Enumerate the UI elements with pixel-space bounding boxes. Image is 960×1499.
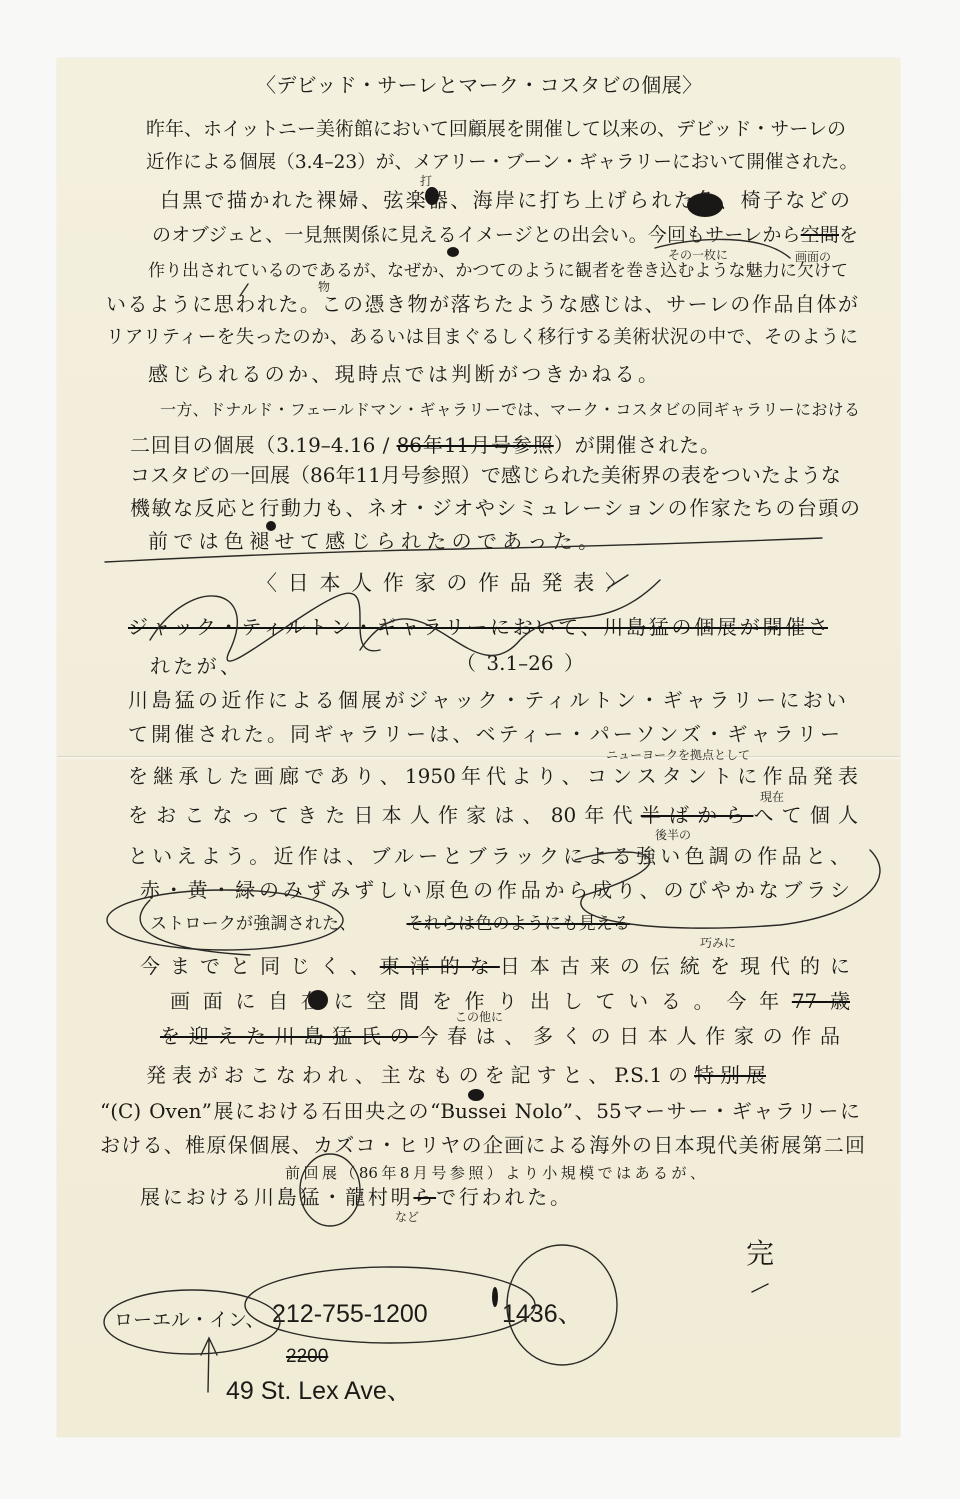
handwritten-insertion: 後半の xyxy=(655,828,691,842)
text-segment: をおこなってきた日本人作家は、80年代 xyxy=(128,803,641,827)
text-line: を迎えた川島猛氏の今春は、多くの日本人作家の作品 xyxy=(160,1023,840,1049)
handwritten-insertion: ニューヨークを拠点として xyxy=(606,748,750,762)
text-line-inserted: 前回展（86年8月号参照）より小規模ではあるが、 xyxy=(285,1160,705,1186)
text-line: 白黒で描かれた裸婦、弦楽器、海岸に打ち上げられた魚、椅子などの xyxy=(160,187,850,213)
author-signature: 完 xyxy=(746,1238,774,1270)
text-line: のオブジェと、一見無関係に見えるイメージとの出会い。今回もサーレから空間を xyxy=(152,222,858,248)
exhibition-dates: （3.1–26） xyxy=(456,650,584,676)
text-line: 発表がおこなわれ、主なものを記すと、P.S.1の特別展 xyxy=(146,1062,766,1088)
struck-text: 空間 xyxy=(801,224,839,246)
text-line: を継承した画廊であり、1950年代より、コンスタントに作品発表 xyxy=(128,763,858,789)
text-line: コスタビの一回展（86年11月号参照）で感じられた美術界の表をついたような xyxy=(130,462,840,488)
text-line: 作り出されているのであるが、なぜか、かつてのように観者を巻き込むような魅力に欠け… xyxy=(148,258,848,284)
text-segment: で行われた。 xyxy=(436,1185,570,1209)
text-segment: 二回目の個展（3.19–4.16 / xyxy=(130,433,397,457)
text-line: いるように思われた。この憑き物が落ちたような感じは、サーレの作品自体が xyxy=(106,291,858,317)
text-segment: ）が開催された。 xyxy=(554,433,720,457)
struck-text: それらは色のようにも見える xyxy=(407,914,631,934)
text-segment: ストロークが強調された、 xyxy=(150,914,357,934)
text-line: といえよう。近作は、ブルーとブラックによる強い色調の作品と、 xyxy=(128,843,850,869)
text-segment: 発表がおこなわれ、主なものを記すと、P.S.1の xyxy=(146,1063,694,1087)
hotel-name: ローエル・イン、 xyxy=(114,1307,264,1333)
handwritten-insertion: 巧みに xyxy=(700,936,736,950)
text-segment: 日本古来の伝統を現代的に xyxy=(500,954,850,978)
handwritten-insertion: この他に xyxy=(455,1010,503,1024)
street-address: 49 St. Lex Ave、 xyxy=(226,1376,412,1406)
text-segment: 今春は、多くの日本人作家の作品 xyxy=(418,1024,840,1048)
struck-text: を迎えた川島猛氏の xyxy=(160,1024,418,1048)
struck-text: 86年11月号参照 xyxy=(397,433,554,457)
paper-fold-crease xyxy=(57,756,900,760)
struck-text-line: ジャック・ティルトン・ギャラリーにおいて、川島猛の個展が開催さ xyxy=(128,614,828,640)
room-number: 1436、 xyxy=(502,1299,583,1329)
handwritten-insertion: など xyxy=(395,1210,419,1224)
struck-text: 77歳 xyxy=(792,989,850,1013)
text-line: 昨年、ホイットニー美術館において回顧展を開催して以来の、デビッド・サーレの xyxy=(146,116,846,142)
text-segment: のオブジェと、一見無関係に見えるイメージとの出会い。今回もサーレから xyxy=(152,224,801,246)
text-line: 二回目の個展（3.19–4.16 / 86年11月号参照）が開催された。 xyxy=(130,432,720,458)
text-line: 機敏な反応と行動力も、ネオ・ジオやシミュレーションの作家たちの台頭の xyxy=(130,495,860,521)
section-heading-japanese-artists: 〈日本人作家の作品発表〉 xyxy=(256,570,626,596)
text-line: をおこなってきた日本人作家は、80年代半ばからへて個人 xyxy=(128,802,858,828)
text-line: 感じられるのか、現時点では判断がつきかねる。 xyxy=(148,361,658,387)
text-line: 展における川島猛・龍村明らで行われた。 xyxy=(140,1184,570,1210)
text-line: おける、椎原保個展、カズコ・ヒリヤの企画による海外の日本現代美術展第二回 xyxy=(100,1132,865,1158)
text-line: “(C) Oven”展における石田央之の“Bussei Nolo”、55マーサー… xyxy=(100,1098,860,1124)
text-line: ストロークが強調された、それらは色のようにも見える xyxy=(150,911,630,937)
text-line: 川島猛の近作による個展がジャック・ティルトン・ギャラリーにおい xyxy=(128,687,846,713)
text-line: 赤・黄・緑のみずみずしい原色の作品から成り、のびやかなブラシ xyxy=(140,877,850,903)
text-segment: を xyxy=(839,224,858,246)
text-line: 前では色褪せて感じられたのであった。 xyxy=(148,528,598,554)
struck-text: 東洋的な xyxy=(380,954,500,978)
text-line: 一方、ドナルド・フェールドマン・ギャラリーでは、マーク・コスタビの同ギャラリーに… xyxy=(160,397,860,423)
text-segment: 展における川島猛・龍村明 xyxy=(140,1185,413,1209)
text-line: リアリティーを失ったのか、あるいは目まぐるしく移行する美術状況の中で、そのように xyxy=(106,325,858,351)
text-line: 画面に自在に空間を作り出している。今年77歳 xyxy=(170,988,850,1014)
text-line: 近作による個展（3.4–23）が、メアリー・ブーン・ギャラリーにおいて開催された… xyxy=(146,150,858,176)
struck-text: 特別展 xyxy=(694,1063,766,1087)
section-heading-salle-kostabi: 〈デビッド・サーレとマーク・コスタビの個展〉 xyxy=(256,72,702,98)
text-line: れたが、 xyxy=(150,653,240,679)
text-segment: へて個人 xyxy=(753,803,858,827)
struck-text: ら xyxy=(413,1185,436,1209)
text-segment: 今までと同じく、 xyxy=(140,954,380,978)
text-line: 今までと同じく、東洋的な日本古来の伝統を現代的に xyxy=(140,953,850,979)
handwritten-insertion: 打 xyxy=(420,174,432,188)
text-line: て開催された。同ギャラリーは、ベティー・パーソンズ・ギャラリー xyxy=(128,721,840,747)
struck-text: 半ばから xyxy=(641,803,754,827)
phone-number: 212-755-1200 xyxy=(272,1299,428,1329)
struck-number: 2200 xyxy=(286,1344,328,1370)
